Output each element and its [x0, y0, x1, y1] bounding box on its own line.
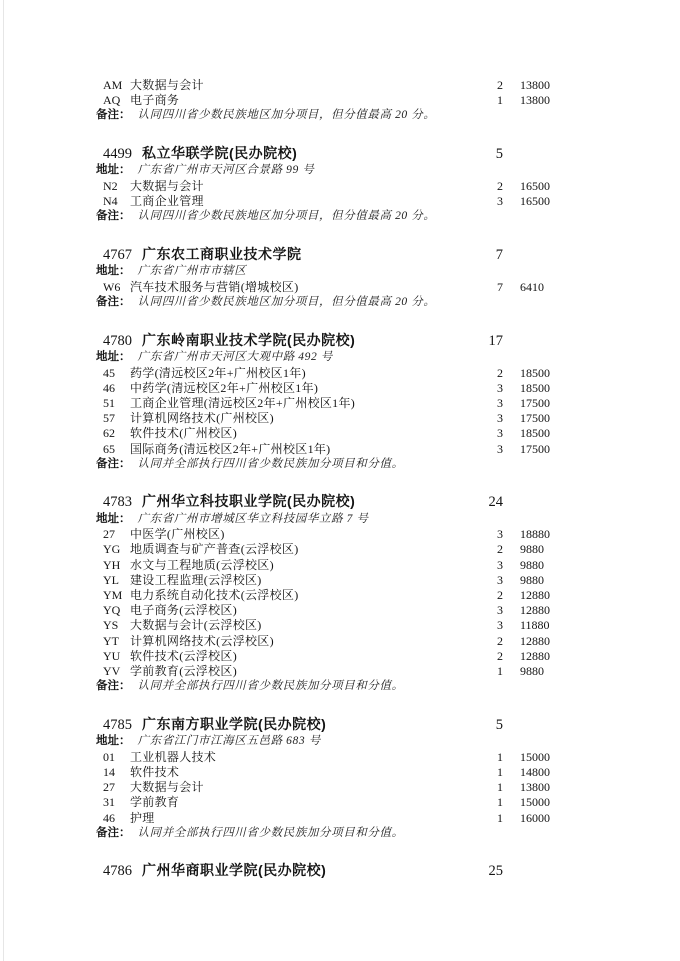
major-row: AQ电子商务113800: [96, 93, 574, 108]
remark-row: 备注：认同并全部执行四川省少数民族加分项目和分值。: [96, 457, 574, 473]
major-code: YG: [96, 542, 130, 557]
tuition-fee: 13800: [520, 780, 574, 795]
plan-count: 1: [481, 765, 503, 780]
major-row: 31学前教育115000: [96, 795, 574, 810]
school-code: 4786: [96, 862, 132, 881]
major-code: 57: [96, 411, 130, 426]
remark-label: 备注：: [96, 679, 131, 695]
major-name: 学前教育(云浮校区): [130, 664, 481, 679]
school-section: 4780广东岭南职业技术学院(民办院校)17地址：广东省广州市天河区大观中路 4…: [96, 331, 574, 473]
major-code: YT: [96, 634, 130, 649]
school-total-count: 5: [481, 145, 503, 164]
major-row: 57计算机网络技术(广州校区)317500: [96, 411, 574, 426]
major-code: W6: [96, 280, 130, 295]
major-code: 51: [96, 396, 130, 411]
school-code: 4783: [96, 493, 132, 512]
tuition-fee: 18500: [520, 366, 574, 381]
plan-count: 3: [481, 381, 503, 396]
school-heading: 4786广州华商职业学院(民办院校)25: [96, 861, 574, 881]
plan-count: 2: [481, 366, 503, 381]
major-name: 软件技术(云浮校区): [130, 649, 481, 664]
tuition-fee: 15000: [520, 795, 574, 810]
school-total-count: 17: [481, 332, 503, 351]
school-heading: 4783广州华立科技职业学院(民办院校)24: [96, 492, 574, 512]
school-code: 4780: [96, 332, 132, 351]
plan-count: 3: [481, 558, 503, 573]
major-name: 计算机网络技术(广州校区): [130, 411, 481, 426]
school-section: 4783广州华立科技职业学院(民办院校)24地址：广东省广州市增城区华立科技园华…: [96, 492, 574, 695]
school-code: 4767: [96, 246, 132, 265]
address-label: 地址：: [96, 264, 131, 280]
tuition-fee: 13800: [520, 78, 574, 93]
school-heading: 4780广东岭南职业技术学院(民办院校)17: [96, 331, 574, 351]
remark-label: 备注：: [96, 108, 131, 124]
major-code: AM: [96, 78, 130, 93]
plan-count: 7: [481, 280, 503, 295]
tuition-fee: 12880: [520, 649, 574, 664]
major-name: 电子商务: [130, 93, 481, 108]
tuition-fee: 6410: [520, 280, 574, 295]
remark-row: 备注：认同四川省少数民族地区加分项目，但分值最高 20 分。: [96, 209, 574, 225]
school-name: 私立华联学院(民办院校): [142, 144, 481, 163]
plan-count: 3: [481, 603, 503, 618]
remark-text: 认同四川省少数民族地区加分项目，但分值最高 20 分。: [138, 108, 436, 124]
major-code: 46: [96, 811, 130, 826]
major-name: 工商企业管理: [130, 194, 481, 209]
tuition-fee: 18880: [520, 527, 574, 542]
major-name: 计算机网络技术(云浮校区): [130, 634, 481, 649]
plan-count: 1: [481, 750, 503, 765]
school-total-count: 7: [481, 246, 503, 265]
plan-count: 3: [481, 426, 503, 441]
plan-count: 1: [481, 795, 503, 810]
address-label: 地址：: [96, 350, 131, 366]
tuition-fee: 17500: [520, 396, 574, 411]
major-row: 62软件技术(广州校区)318500: [96, 426, 574, 441]
major-code: 65: [96, 442, 130, 457]
major-name: 药学(清远校区2年+广州校区1年): [130, 366, 481, 381]
plan-count: 2: [481, 588, 503, 603]
address-text: 广东省广州市增城区华立科技园华立路 7 号: [138, 512, 369, 528]
school-section: 4785广东南方职业学院(民办院校)5地址：广东省江门市江海区五邑路 683 号…: [96, 715, 574, 842]
major-code: 01: [96, 750, 130, 765]
remark-row: 备注：认同四川省少数民族地区加分项目，但分值最高 20 分。: [96, 295, 574, 311]
major-name: 地质调查与矿产普查(云浮校区): [130, 542, 481, 557]
plan-count: 3: [481, 442, 503, 457]
major-row: YM电力系统自动化技术(云浮校区)212880: [96, 588, 574, 603]
tuition-fee: 15000: [520, 750, 574, 765]
plan-count: 1: [481, 780, 503, 795]
tuition-fee: 9880: [520, 558, 574, 573]
major-row: 45药学(清远校区2年+广州校区1年)218500: [96, 366, 574, 381]
major-name: 工业机器人技术: [130, 750, 481, 765]
address-row: 地址：广东省广州市天河区合景路 99 号: [96, 163, 574, 179]
major-row: 65国际商务(清远校区2年+广州校区1年)317500: [96, 442, 574, 457]
major-name: 中药学(清远校区2年+广州校区1年): [130, 381, 481, 396]
major-name: 护理: [130, 811, 481, 826]
school-heading: 4499私立华联学院(民办院校)5: [96, 144, 574, 164]
address-label: 地址：: [96, 734, 131, 750]
major-row: AM大数据与会计213800: [96, 78, 574, 93]
remark-text: 认同并全部执行四川省少数民族加分项目和分值。: [138, 826, 404, 842]
major-name: 大数据与会计: [130, 179, 481, 194]
plan-count: 1: [481, 811, 503, 826]
tuition-fee: 11880: [520, 618, 574, 633]
plan-count: 1: [481, 664, 503, 679]
address-text: 广东省江门市江海区五邑路 683 号: [138, 734, 321, 750]
school-total-count: 5: [481, 716, 503, 735]
major-code: YL: [96, 573, 130, 588]
school-name: 广东南方职业学院(民办院校): [142, 715, 481, 734]
school-section: 4499私立华联学院(民办院校)5地址：广东省广州市天河区合景路 99 号N2大…: [96, 144, 574, 225]
major-code: 27: [96, 527, 130, 542]
major-row: 46中药学(清远校区2年+广州校区1年)318500: [96, 381, 574, 396]
tuition-fee: 14800: [520, 765, 574, 780]
remark-row: 备注：认同并全部执行四川省少数民族加分项目和分值。: [96, 679, 574, 695]
major-name: 学前教育: [130, 795, 481, 810]
document-page: AM大数据与会计213800AQ电子商务113800备注：认同四川省少数民族地区…: [0, 0, 680, 961]
plan-count: 3: [481, 527, 503, 542]
school-name: 广东农工商职业技术学院: [142, 245, 481, 264]
major-code: YV: [96, 664, 130, 679]
major-row: YG地质调查与矿产普查(云浮校区)29880: [96, 542, 574, 557]
major-row: YH水文与工程地质(云浮校区)39880: [96, 558, 574, 573]
address-row: 地址：广东省广州市天河区大观中路 492 号: [96, 350, 574, 366]
major-name: 大数据与会计: [130, 78, 481, 93]
major-code: 14: [96, 765, 130, 780]
address-row: 地址：广东省江门市江海区五邑路 683 号: [96, 734, 574, 750]
major-name: 工商企业管理(清远校区2年+广州校区1年): [130, 396, 481, 411]
major-name: 软件技术(广州校区): [130, 426, 481, 441]
address-label: 地址：: [96, 163, 131, 179]
school-heading: 4767广东农工商职业技术学院7: [96, 245, 574, 265]
remark-row: 备注：认同并全部执行四川省少数民族加分项目和分值。: [96, 826, 574, 842]
plan-count: 3: [481, 396, 503, 411]
major-code: YM: [96, 588, 130, 603]
school-name: 广东岭南职业技术学院(民办院校): [142, 331, 481, 350]
major-code: YS: [96, 618, 130, 633]
plan-count: 2: [481, 542, 503, 557]
major-row: N4工商企业管理316500: [96, 194, 574, 209]
remark-text: 认同四川省少数民族地区加分项目，但分值最高 20 分。: [138, 209, 436, 225]
plan-count: 3: [481, 194, 503, 209]
major-name: 大数据与会计: [130, 780, 481, 795]
plan-count: 3: [481, 618, 503, 633]
major-code: 62: [96, 426, 130, 441]
major-code: 46: [96, 381, 130, 396]
school-name: 广州华商职业学院(民办院校): [142, 861, 481, 880]
major-row: 27大数据与会计113800: [96, 780, 574, 795]
major-row: 14软件技术114800: [96, 765, 574, 780]
tuition-fee: 9880: [520, 542, 574, 557]
major-row: YU软件技术(云浮校区)212880: [96, 649, 574, 664]
tuition-fee: 18500: [520, 381, 574, 396]
major-name: 电子商务(云浮校区): [130, 603, 481, 618]
tuition-fee: 18500: [520, 426, 574, 441]
major-row: W6汽车技术服务与营销(增城校区)76410: [96, 280, 574, 295]
major-code: 45: [96, 366, 130, 381]
school-total-count: 25: [481, 862, 503, 881]
tuition-fee: 16000: [520, 811, 574, 826]
plan-count: 2: [481, 179, 503, 194]
major-name: 中医学(广州校区): [130, 527, 481, 542]
tuition-fee: 12880: [520, 588, 574, 603]
tuition-fee: 9880: [520, 664, 574, 679]
plan-count: 3: [481, 573, 503, 588]
plan-count: 3: [481, 411, 503, 426]
remark-row: 备注：认同四川省少数民族地区加分项目，但分值最高 20 分。: [96, 108, 574, 124]
major-row: 51工商企业管理(清远校区2年+广州校区1年)317500: [96, 396, 574, 411]
major-name: 水文与工程地质(云浮校区): [130, 558, 481, 573]
plan-count: 2: [481, 78, 503, 93]
tuition-fee: 12880: [520, 634, 574, 649]
tuition-fee: 9880: [520, 573, 574, 588]
address-row: 地址：广东省广州市增城区华立科技园华立路 7 号: [96, 512, 574, 528]
major-code: AQ: [96, 93, 130, 108]
major-name: 建设工程监理(云浮校区): [130, 573, 481, 588]
major-code: YH: [96, 558, 130, 573]
major-code: 31: [96, 795, 130, 810]
remark-label: 备注：: [96, 295, 131, 311]
tuition-fee: 17500: [520, 411, 574, 426]
address-text: 广东省广州市市辖区: [138, 264, 247, 280]
major-row: N2大数据与会计216500: [96, 179, 574, 194]
tuition-fee: 16500: [520, 179, 574, 194]
school-section: 4767广东农工商职业技术学院7地址：广东省广州市市辖区W6汽车技术服务与营销(…: [96, 245, 574, 311]
remark-text: 认同并全部执行四川省少数民族加分项目和分值。: [138, 679, 404, 695]
admissions-list: AM大数据与会计213800AQ电子商务113800备注：认同四川省少数民族地区…: [96, 78, 574, 881]
major-name: 电力系统自动化技术(云浮校区): [130, 588, 481, 603]
plan-count: 1: [481, 93, 503, 108]
address-text: 广东省广州市天河区大观中路 492 号: [138, 350, 333, 366]
remark-label: 备注：: [96, 209, 131, 225]
plan-count: 2: [481, 634, 503, 649]
tuition-fee: 12880: [520, 603, 574, 618]
major-row: YL建设工程监理(云浮校区)39880: [96, 573, 574, 588]
major-name: 软件技术: [130, 765, 481, 780]
remark-text: 认同并全部执行四川省少数民族加分项目和分值。: [138, 457, 404, 473]
tuition-fee: 16500: [520, 194, 574, 209]
remark-label: 备注：: [96, 826, 131, 842]
major-row: 27中医学(广州校区)318880: [96, 527, 574, 542]
major-row: 01工业机器人技术115000: [96, 750, 574, 765]
address-row: 地址：广东省广州市市辖区: [96, 264, 574, 280]
major-code: YQ: [96, 603, 130, 618]
major-code: N4: [96, 194, 130, 209]
major-row: YS大数据与会计(云浮校区)311880: [96, 618, 574, 633]
major-code: N2: [96, 179, 130, 194]
major-name: 大数据与会计(云浮校区): [130, 618, 481, 633]
major-code: 27: [96, 780, 130, 795]
page-edge-line: [3, 0, 4, 961]
school-section: 4786广州华商职业学院(民办院校)25: [96, 861, 574, 881]
school-code: 4785: [96, 716, 132, 735]
major-row: YT计算机网络技术(云浮校区)212880: [96, 634, 574, 649]
tuition-fee: 13800: [520, 93, 574, 108]
major-name: 国际商务(清远校区2年+广州校区1年): [130, 442, 481, 457]
remark-label: 备注：: [96, 457, 131, 473]
address-label: 地址：: [96, 512, 131, 528]
address-text: 广东省广州市天河区合景路 99 号: [138, 163, 315, 179]
major-row: YQ电子商务(云浮校区)312880: [96, 603, 574, 618]
major-name: 汽车技术服务与营销(增城校区): [130, 280, 481, 295]
school-heading: 4785广东南方职业学院(民办院校)5: [96, 715, 574, 735]
major-row: 46护理116000: [96, 811, 574, 826]
plan-count: 2: [481, 649, 503, 664]
major-row: YV学前教育(云浮校区)19880: [96, 664, 574, 679]
school-total-count: 24: [481, 493, 503, 512]
remark-text: 认同四川省少数民族地区加分项目，但分值最高 20 分。: [138, 295, 436, 311]
school-code: 4499: [96, 145, 132, 164]
school-name: 广州华立科技职业学院(民办院校): [142, 492, 481, 511]
tuition-fee: 17500: [520, 442, 574, 457]
major-code: YU: [96, 649, 130, 664]
continued-school-section: AM大数据与会计213800AQ电子商务113800备注：认同四川省少数民族地区…: [96, 78, 574, 124]
